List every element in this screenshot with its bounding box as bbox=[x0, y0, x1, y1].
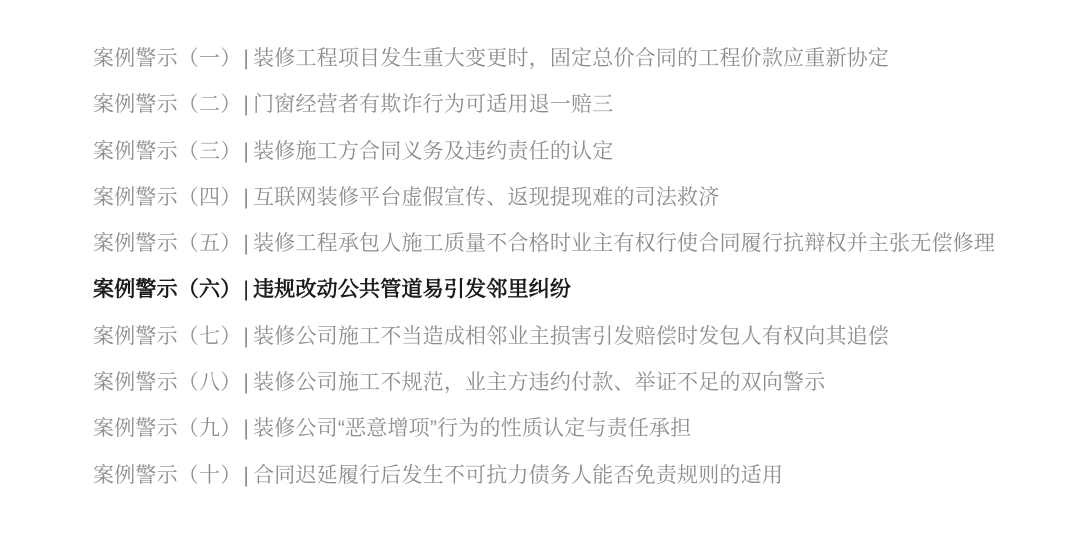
case-label: 案例警示（四） bbox=[93, 186, 241, 209]
case-title: 装修公司施工不规范，业主方违约付款、举证不足的双向警示 bbox=[253, 371, 825, 394]
case-title: 互联网装修平台虚假宣传、返现提现难的司法救济 bbox=[253, 186, 719, 209]
case-label: 案例警示（九） bbox=[93, 417, 241, 440]
list-item: 案例警示（八）|装修公司施工不规范，业主方违约付款、举证不足的双向警示 bbox=[93, 360, 1040, 406]
separator-bar: | bbox=[243, 371, 249, 394]
list-item: 案例警示（十）|合同迟延履行后发生不可抗力债务人能否免责规则的适用 bbox=[93, 453, 1040, 499]
separator-bar: | bbox=[243, 325, 249, 348]
list-item: 案例警示（三）|装修施工方合同义务及违约责任的认定 bbox=[93, 129, 1040, 175]
list-item: 案例警示（五）|装修工程承包人施工质量不合格时业主有权行使合同履行抗辩权并主张无… bbox=[93, 221, 1040, 267]
list-item: 案例警示（二）|门窗经营者有欺诈行为可适用退一赔三 bbox=[93, 82, 1040, 128]
list-item: 案例警示（四）|互联网装修平台虚假宣传、返现提现难的司法救济 bbox=[93, 175, 1040, 221]
list-item: 案例警示（七）|装修公司施工不当造成相邻业主损害引发赔偿时发包人有权向其追偿 bbox=[93, 314, 1040, 360]
case-label: 案例警示（三） bbox=[93, 140, 241, 163]
separator-bar: | bbox=[243, 232, 249, 255]
case-title: 装修工程项目发生重大变更时，固定总价合同的工程价款应重新协定 bbox=[253, 47, 889, 70]
separator-bar: | bbox=[243, 464, 249, 487]
list-item: 案例警示（一）|装修工程项目发生重大变更时，固定总价合同的工程价款应重新协定 bbox=[93, 36, 1040, 82]
case-label: 案例警示（一） bbox=[93, 47, 241, 70]
case-title: 装修工程承包人施工质量不合格时业主有权行使合同履行抗辩权并主张无偿修理 bbox=[253, 232, 995, 255]
case-label: 案例警示（二） bbox=[93, 93, 241, 116]
case-title: 装修公司“恶意增项”行为的性质认定与责任承担 bbox=[253, 417, 691, 440]
separator-bar: | bbox=[243, 186, 249, 209]
case-label: 案例警示（五） bbox=[93, 232, 241, 255]
case-title: 装修公司施工不当造成相邻业主损害引发赔偿时发包人有权向其追偿 bbox=[253, 325, 889, 348]
case-title: 装修施工方合同义务及违约责任的认定 bbox=[253, 140, 613, 163]
separator-bar: | bbox=[243, 140, 249, 163]
separator-bar: | bbox=[243, 47, 249, 70]
case-label: 案例警示（八） bbox=[93, 371, 241, 394]
separator-bar: | bbox=[243, 93, 249, 116]
case-warning-list: 案例警示（一）|装修工程项目发生重大变更时，固定总价合同的工程价款应重新协定 案… bbox=[93, 36, 1040, 499]
case-title: 合同迟延履行后发生不可抗力债务人能否免责规则的适用 bbox=[253, 464, 783, 487]
separator-bar: | bbox=[243, 278, 249, 301]
case-label: 案例警示（六） bbox=[93, 278, 241, 301]
case-label: 案例警示（十） bbox=[93, 464, 241, 487]
case-label: 案例警示（七） bbox=[93, 325, 241, 348]
list-item-highlighted: 案例警示（六）|违规改动公共管道易引发邻里纠纷 bbox=[93, 267, 1040, 313]
case-title: 违规改动公共管道易引发邻里纠纷 bbox=[253, 278, 571, 301]
case-title: 门窗经营者有欺诈行为可适用退一赔三 bbox=[253, 93, 613, 116]
separator-bar: | bbox=[243, 417, 249, 440]
article-page: 案例警示（一）|装修工程项目发生重大变更时，固定总价合同的工程价款应重新协定 案… bbox=[0, 0, 1080, 543]
list-item: 案例警示（九）|装修公司“恶意增项”行为的性质认定与责任承担 bbox=[93, 406, 1040, 452]
